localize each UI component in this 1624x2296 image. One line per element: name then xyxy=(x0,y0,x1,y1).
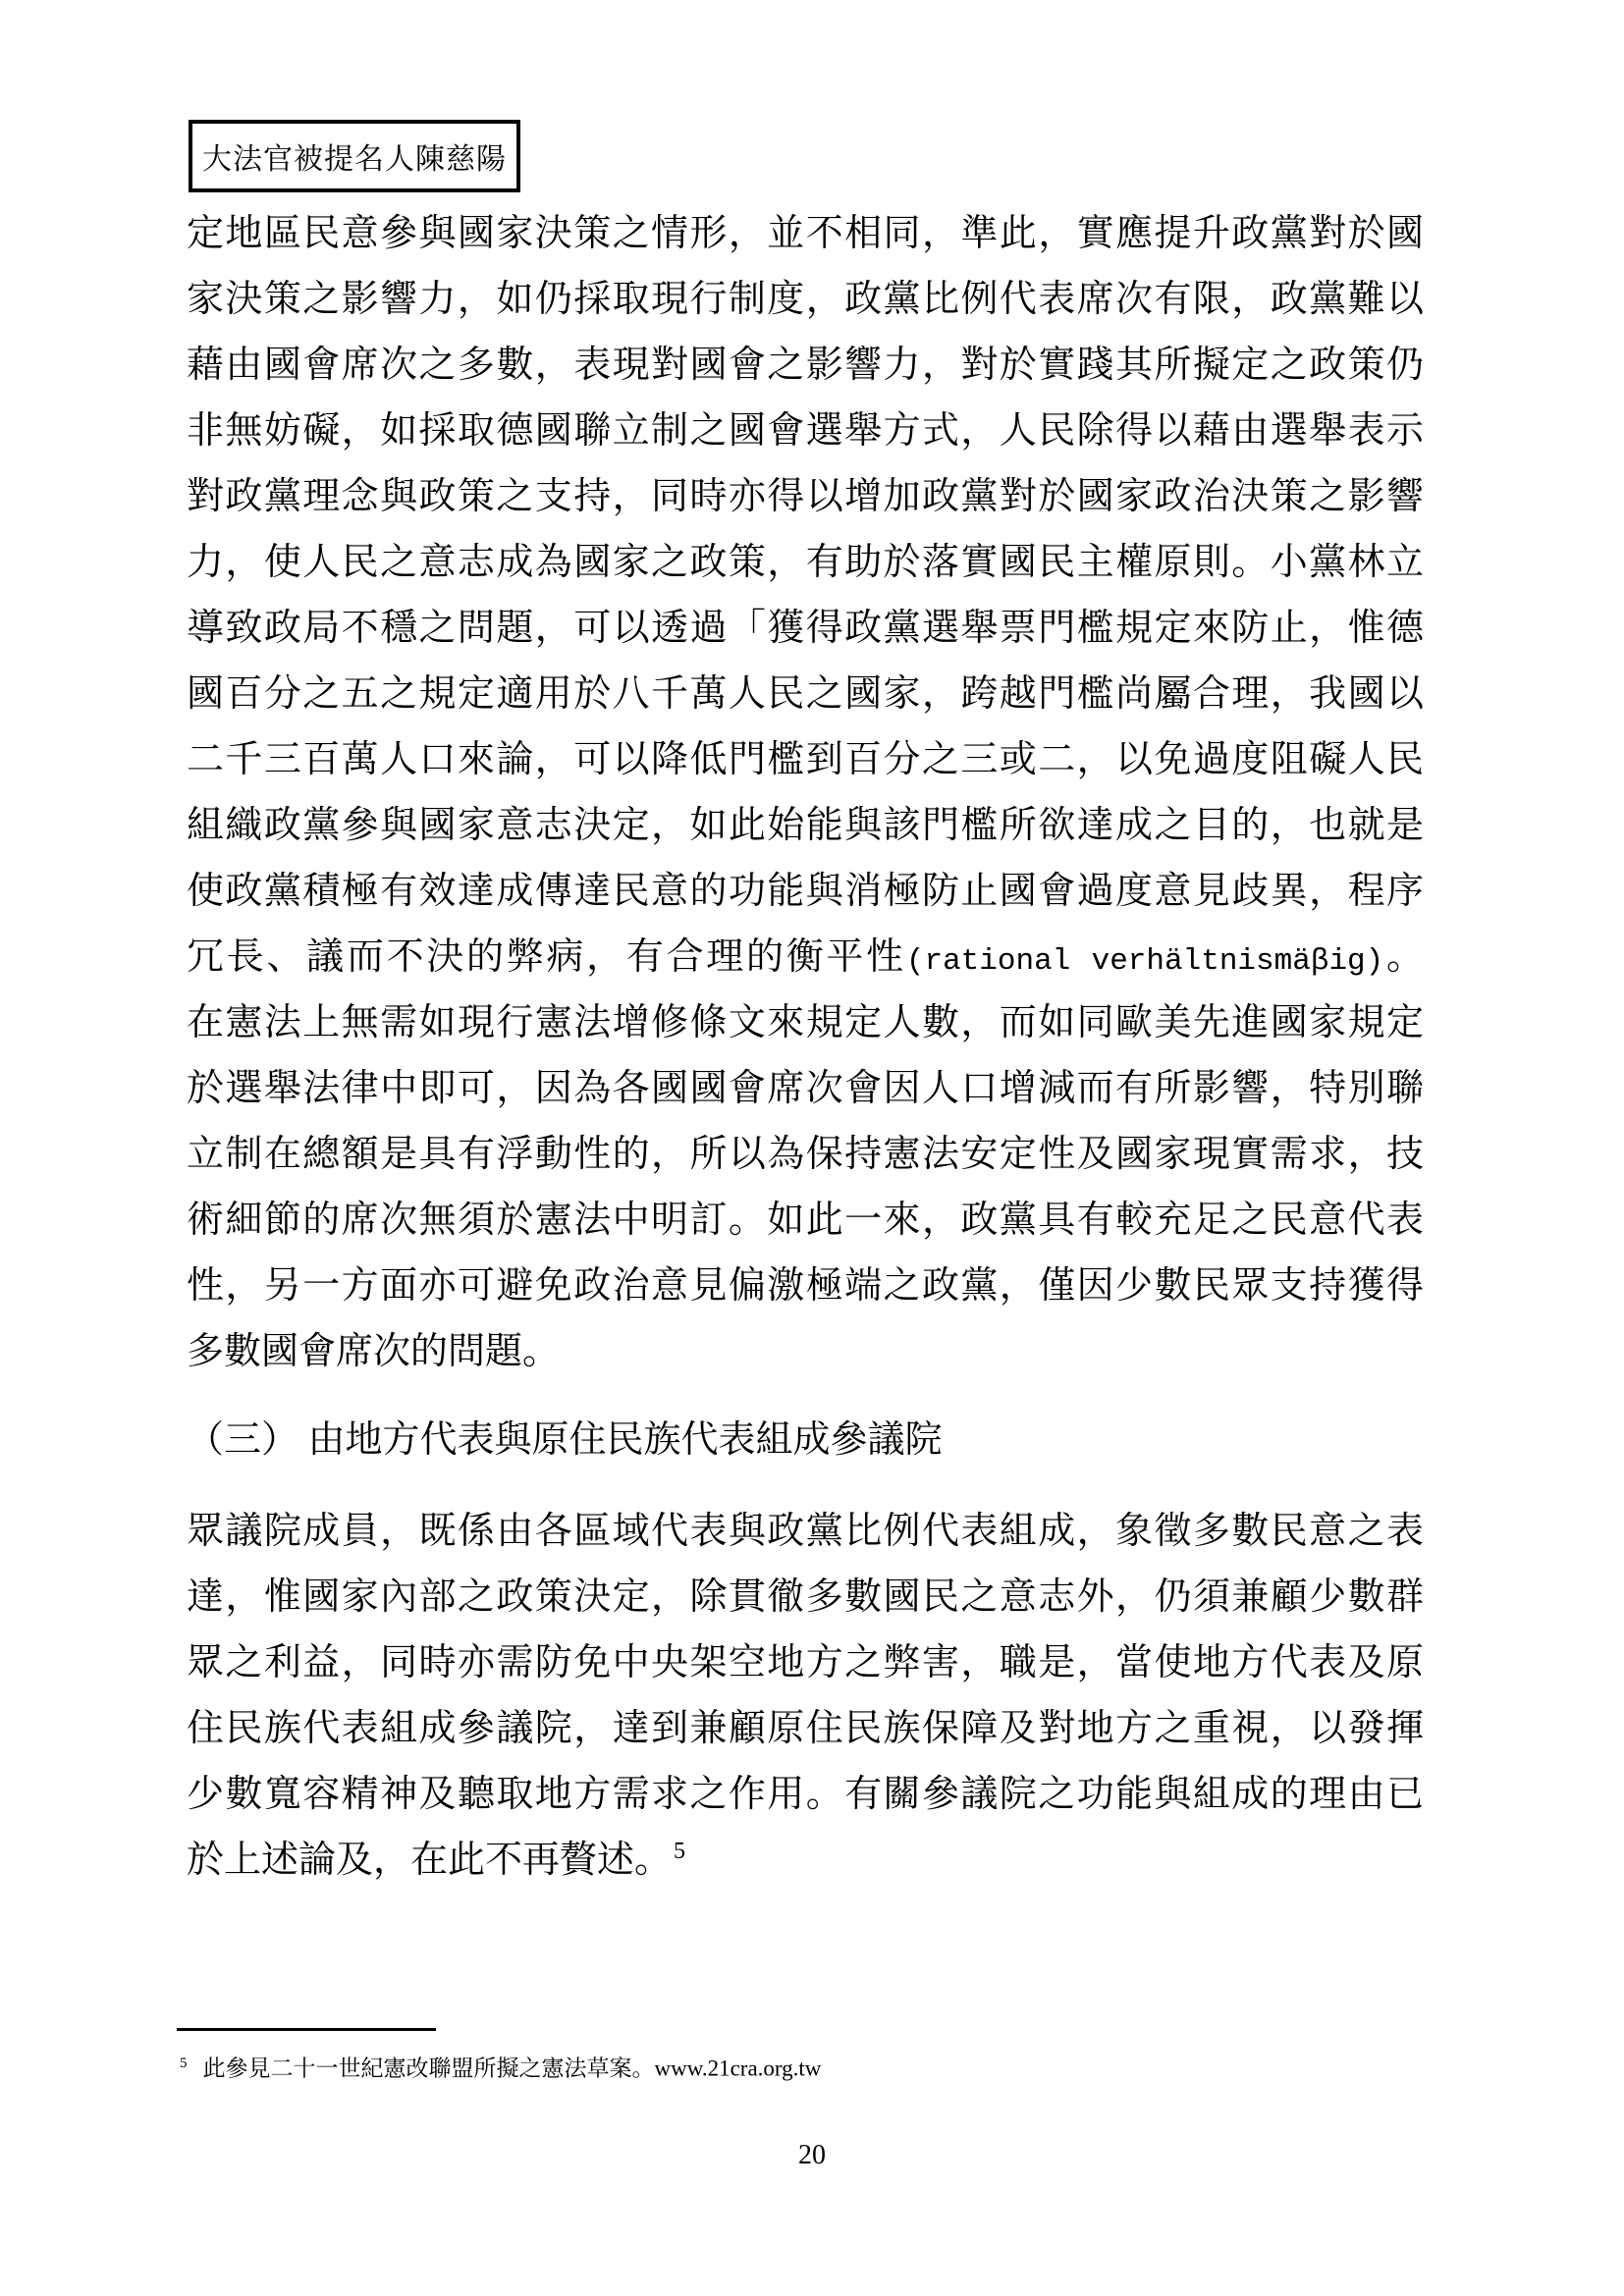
header-box: 大法官被提名人陳慈陽 xyxy=(189,120,520,192)
paragraph-1: 定地區民意參與國家決策之情形，並不相同，準此，實應提升政黨對於國家決策之影響力，… xyxy=(187,201,1424,1385)
paragraph-2-lines: 眾議院成員，既係由各區域代表與政黨比例代表組成，象徵多數民意之表達，惟國家內部之… xyxy=(187,1499,1424,1828)
footnote-separator xyxy=(177,2028,436,2031)
header-title: 大法官被提名人陳慈陽 xyxy=(202,134,507,178)
text-line: 藉由國會席次之多數，表現對國會之影響力，對於實踐其所擬定之政策仍 xyxy=(187,333,1424,399)
text-line: 導致政局不穩之問題，可以透過「獲得政黨選舉票門檻規定來防止，惟德 xyxy=(187,596,1424,662)
text-line: 使政黨積極有效達成傳達民意的功能與消極防止國會過度意見歧異，程序 xyxy=(187,859,1424,925)
paragraph-2-closing-line: 於上述論及，在此不再贅述。5 xyxy=(187,1828,1424,1894)
text-line: 家決策之影響力，如仍採取現行制度，政黨比例代表席次有限，政黨難以 xyxy=(187,267,1424,333)
text-line: 組織政黨參與國家意志決定，如此始能與該門檻所欲達成之目的，也就是 xyxy=(187,793,1424,859)
text-line: 少數寬容精神及聽取地方需求之作用。有關參議院之功能與組成的理由已 xyxy=(187,1762,1424,1828)
text-line: 達，惟國家內部之政策決定，除貫徹多數國民之意志外，仍須兼顧少數群 xyxy=(187,1565,1424,1630)
footnote: 5此參見二十一世紀憲改聯盟所擬之憲法草案。www.21cra.org.tw xyxy=(180,2048,1427,2085)
text-line: 對政黨理念與政策之支持，同時亦得以增加政黨對於國家政治決策之影響 xyxy=(187,464,1424,530)
page-number: 20 xyxy=(0,2140,1624,2171)
text-line: 眾之利益，同時亦需防免中央架空地方之弊害，職是，當使地方代表及原 xyxy=(187,1630,1424,1696)
paragraph-2: 眾議院成員，既係由各區域代表與政黨比例代表組成，象徵多數民意之表達，惟國家內部之… xyxy=(187,1499,1424,1894)
text-line: 力，使人民之意志成為國家之政策，有助於落實國民主權原則。小黨林立 xyxy=(187,530,1424,596)
text-line: 多數國會席次的問題。 xyxy=(187,1319,1424,1385)
document-page: 大法官被提名人陳慈陽 定地區民意參與國家決策之情形，並不相同，準此，實應提升政黨… xyxy=(0,0,1624,2296)
text-line: 術細節的席次無須於憲法中明訂。如此一來，政黨具有較充足之民意代表 xyxy=(187,1188,1424,1254)
text-line: 立制在總額是具有浮動性的，所以為保持憲法安定性及國家現實需求，技 xyxy=(187,1122,1424,1188)
closing-text: 於上述論及，在此不再贅述。 xyxy=(187,1840,672,1881)
text-line: 性，另一方面亦可避免政治意見偏激極端之政黨，僅因少數民眾支持獲得 xyxy=(187,1254,1424,1319)
text-line: 非無妨礙，如採取德國聯立制之國會選舉方式，人民除得以藉由選舉表示 xyxy=(187,399,1424,464)
text-line: 冗長、議而不決的弊病，有合理的衡平性(rational verhältnismä… xyxy=(187,925,1424,990)
footnote-marker: 5 xyxy=(180,2056,188,2071)
text-line: 眾議院成員，既係由各區域代表與政黨比例代表組成，象徵多數民意之表 xyxy=(187,1499,1424,1565)
text-line: 二千三百萬人口來論，可以降低門檻到百分之三或二，以免過度阻礙人民 xyxy=(187,727,1424,793)
text-line: 住民族代表組成參議院，達到兼顧原住民族保障及對地方之重視，以發揮 xyxy=(187,1696,1424,1762)
text-line: 國百分之五之規定適用於八千萬人民之國家，跨越門檻尚屬合理，我國以 xyxy=(187,662,1424,727)
text-line: 定地區民意參與國家決策之情形，並不相同，準此，實應提升政黨對於國 xyxy=(187,201,1424,267)
section-heading: （三） 由地方代表與原住民族代表組成參議院 xyxy=(187,1408,1424,1473)
text-line: 於選舉法律中即可，因為各國國會席次會因人口增減而有所影響，特別聯 xyxy=(187,1056,1424,1122)
footnote-text: 此參見二十一世紀憲改聯盟所擬之憲法草案。www.21cra.org.tw xyxy=(203,2056,822,2081)
footnote-ref: 5 xyxy=(674,1839,685,1864)
text-line: 在憲法上無需如現行憲法增修條文來規定人數，而如同歐美先進國家規定 xyxy=(187,990,1424,1056)
